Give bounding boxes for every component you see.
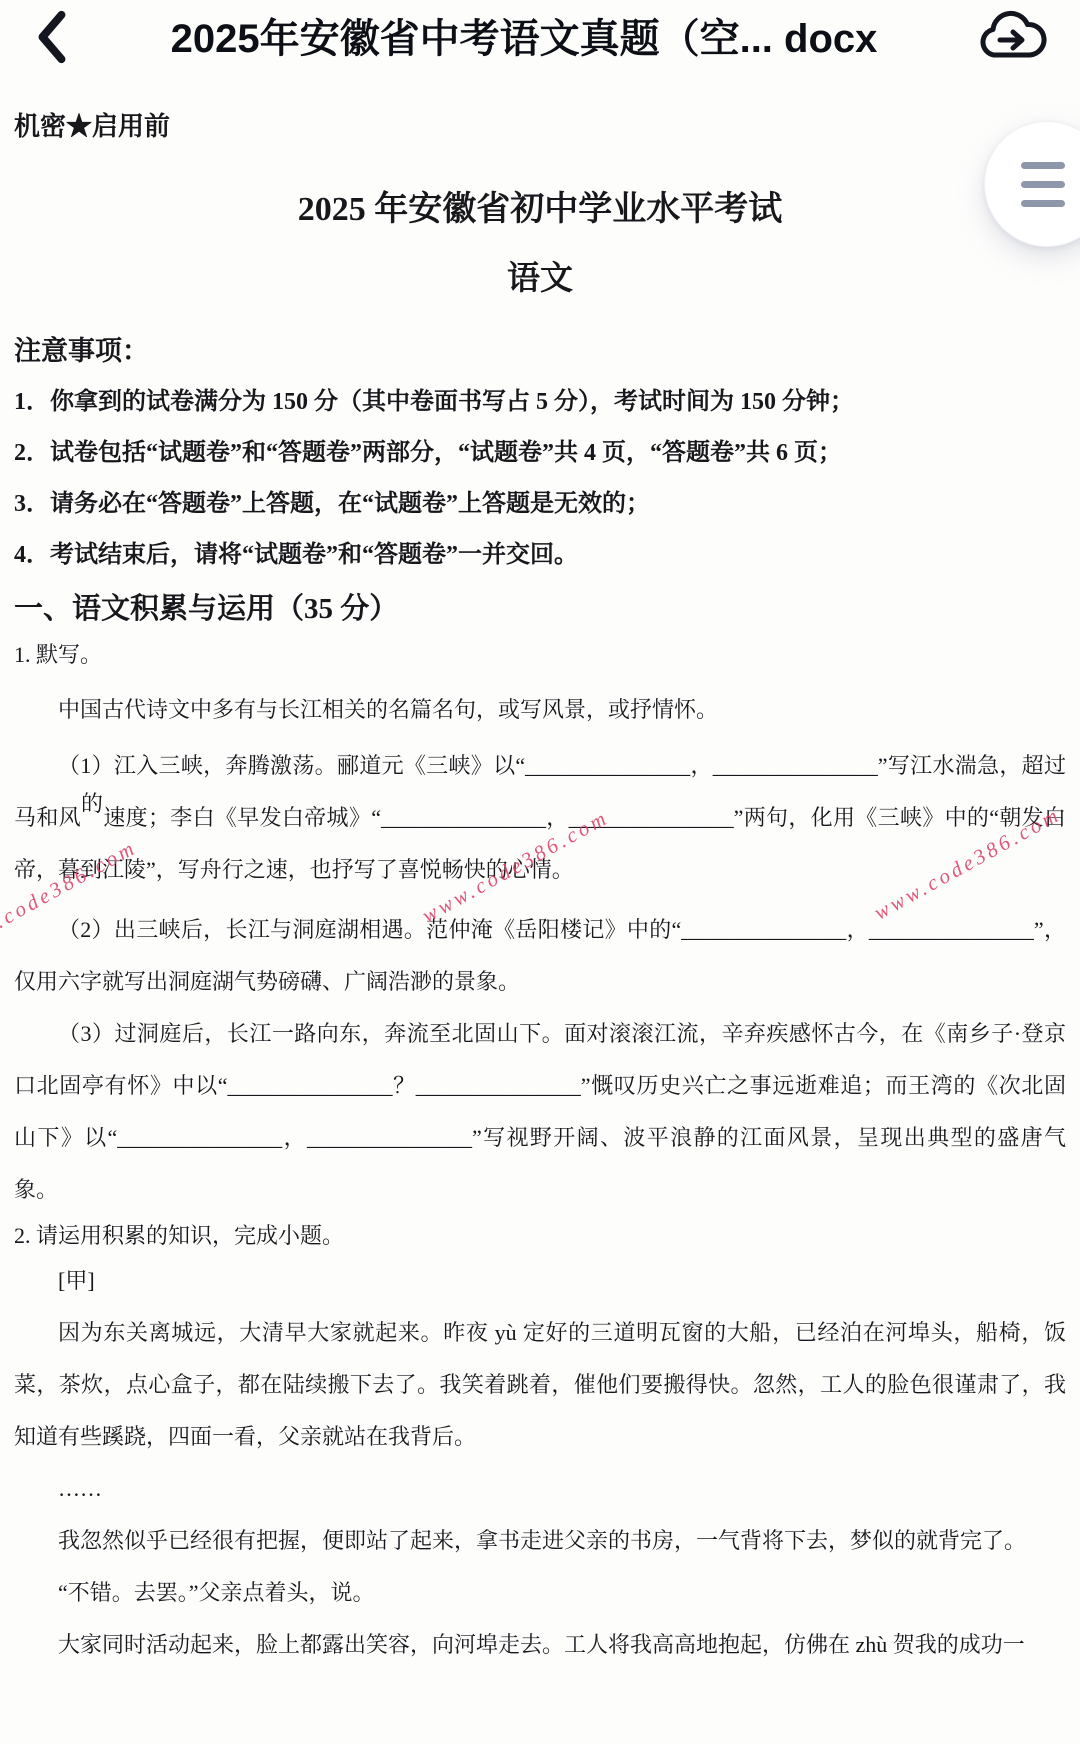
document-content: 机密★启用前 2025 年安徽省初中学业水平考试 语文 注意事项： 1．你拿到的… [14, 78, 1066, 1671]
passage-paragraph-2: 我忽然似乎已经很有把握，便即站了起来，拿书走进父亲的书房，一气背将下去，梦似的就… [14, 1515, 1066, 1567]
question1-intro: 中国古代诗文中多有与长江相关的名篇名句，或写风景，或抒情怀。 [14, 684, 1066, 736]
question2-label: 2. 请运用积累的知识，完成小题。 [14, 1218, 1066, 1253]
passage-paragraph-1: 因为东关离城远，大清早大家就起来。昨夜 yù 定好的三道明瓦窗的大船，已经泊在河… [14, 1307, 1066, 1463]
part1-text-after: 速度；李白《早发白帝城》“_______________，___________… [14, 805, 1066, 882]
share-button[interactable] [972, 8, 1052, 70]
back-button[interactable] [28, 9, 76, 69]
notice-item: 1．你拿到的试卷满分为 150 分（其中卷面书写占 5 分），考试时间为 150… [14, 385, 1066, 419]
passage-ellipsis: …… [14, 1463, 1066, 1515]
notice-item: 4．考试结束后，请将“试题卷”和“答题卷”一并交回。 [14, 538, 1066, 572]
part1-superscript: 的 [81, 791, 103, 816]
question1-label: 1. 默写。 [14, 637, 1066, 672]
passage-jia-label: [甲] [14, 1255, 1066, 1307]
confidential-label: 机密★启用前 [14, 106, 1066, 143]
passage-paragraph-4: 大家同时活动起来，脸上都露出笑容，向河埠走去。工人将我高高地抱起，仿佛在 zhù… [14, 1619, 1066, 1671]
question1-part3: （3）过洞庭后，长江一路向东，奔流至北固山下。面对滚滚江流，辛弃疾感怀古今，在《… [14, 1008, 1066, 1216]
question1-part2: （2）出三峡后，长江与洞庭湖相遇。范仲淹《岳阳楼记》中的“___________… [14, 904, 1066, 1008]
section1-heading: 一、语文积累与运用（35 分） [14, 586, 1066, 627]
cloud-share-icon [973, 7, 1051, 72]
notice-heading: 注意事项： [14, 329, 1066, 368]
top-navbar: 2025年安徽省中考语文真题（空... docx [0, 0, 1080, 78]
notice-item: 3．请务必在“答题卷”上答题，在“试题卷”上答题是无效的； [14, 487, 1066, 521]
document-viewer-page: 2025年安徽省中考语文真题（空... docx 机密★启用前 2025 年安徽… [0, 0, 1080, 1744]
chevron-left-icon [33, 9, 71, 70]
passage-paragraph-3: “不错。去罢。”父亲点着头，说。 [14, 1567, 1066, 1619]
question1-part1: （1）江入三峡，奔腾激荡。郦道元《三峡》以“_______________，__… [14, 740, 1066, 896]
exam-title: 2025 年安徽省初中学业水平考试 [14, 181, 1066, 230]
exam-subject: 语文 [14, 252, 1066, 299]
document-title: 2025年安徽省中考语文真题（空... docx [76, 0, 972, 78]
notice-item: 2．试卷包括“试题卷”和“答题卷”两部分，“试题卷”共 4 页，“答题卷”共 6… [14, 436, 1066, 470]
